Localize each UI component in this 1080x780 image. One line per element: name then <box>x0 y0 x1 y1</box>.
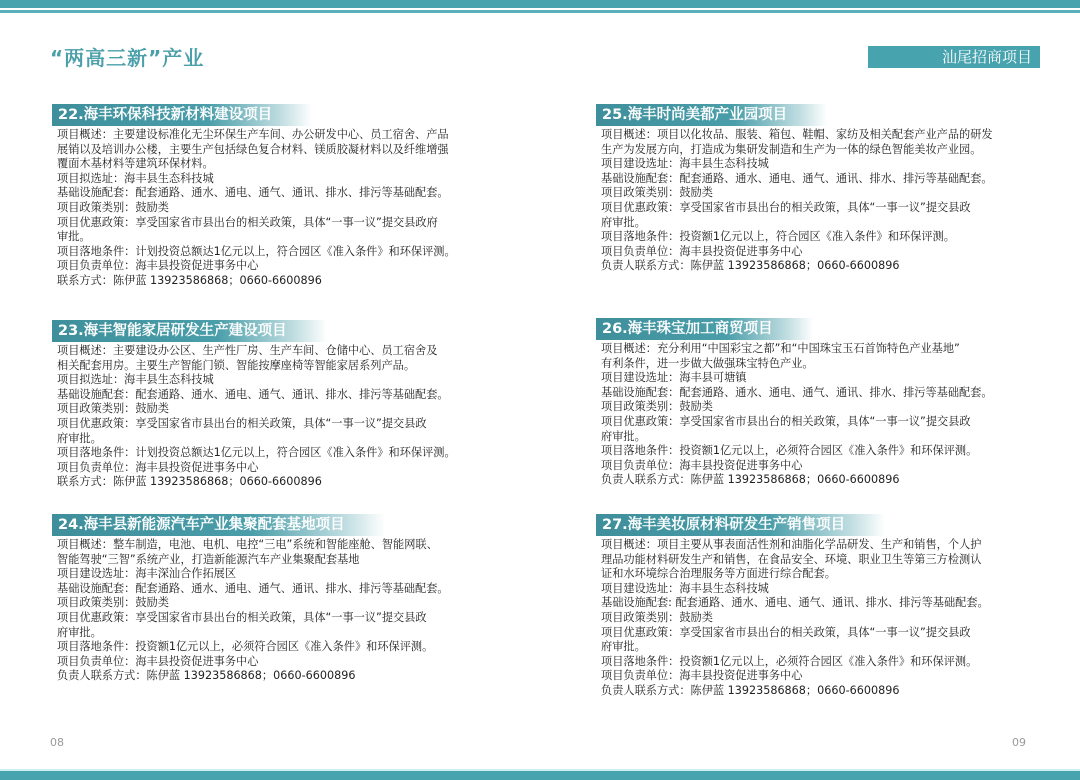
project-line: 项目概述：充分利用“中国彩宝之都”和“中国珠宝玉石首饰特色产业基地” <box>601 342 1056 357</box>
project-line: 项目负责单位：海丰县投资促进事务中心 <box>57 259 512 274</box>
project-line: 府审批。 <box>601 640 1056 655</box>
project-card-25: 25.海丰时尚美都产业园项目 项目概述：项目以化妆品、服装、箱包、鞋帽、家纺及相… <box>596 104 1056 274</box>
project-line: 项目落地条件：投资额1亿元以上，必须符合园区《准入条件》和环保评测。 <box>601 444 1056 459</box>
top-decor-band <box>0 0 1080 8</box>
project-title: 24.海丰县新能源汽车产业集聚配套基地项目 <box>52 514 385 536</box>
project-line: 基础设施配套：配套通路、通水、通电、通气、通讯、排水、排污等基础配套。 <box>57 388 512 403</box>
project-title: 23.海丰智能家居研发生产建设项目 <box>52 320 327 342</box>
project-contact: 负责人联系方式：陈伊蓝 13923586868；0660-6600896 <box>601 684 1056 699</box>
project-line: 理品功能材料研发生产和销售，在食品安全、环境、职业卫生等第三方检测认 <box>601 553 1056 568</box>
project-line: 项目落地条件：投资额1亿元以上，必须符合园区《准入条件》和环保评测。 <box>57 640 512 655</box>
project-line: 项目政策类别：鼓励类 <box>57 201 512 216</box>
bottom-decor-band <box>0 771 1080 780</box>
top-decor-line <box>0 10 1080 13</box>
project-line: 项目负责单位：海丰县投资促进事务中心 <box>601 669 1056 684</box>
project-line: 项目负责单位：海丰县投资促进事务中心 <box>601 245 1056 260</box>
project-line: 生产为发展方向，打造成为集研发制造和生产为一体的绿色智能美妆产业园。 <box>601 143 1056 158</box>
project-line: 有利条件，进一步做大做强珠宝特色产业。 <box>601 357 1056 372</box>
project-card-26: 26.海丰珠宝加工商贸项目 项目概述：充分利用“中国彩宝之都”和“中国珠宝玉石首… <box>596 318 1056 488</box>
project-line: 项目概述：项目以化妆品、服装、箱包、鞋帽、家纺及相关配套产业产品的研发 <box>601 128 1056 143</box>
project-line: 基础设施配套：配套通路、通水、通电、通气、通讯、排水、排污等基础配套。 <box>57 186 512 201</box>
project-line: 项目优惠政策：享受国家省市县出台的相关政策，具体“一事一议”提交县政府 <box>57 216 512 231</box>
project-line: 项目落地条件：投资额1亿元以上，必须符合园区《准入条件》和环保评测。 <box>601 655 1056 670</box>
project-body: 项目概述：整车制造，电池、电机、电控“三电”系统和智能座舱、智能网联、 智能驾驶… <box>52 538 512 684</box>
project-line: 项目政策类别：鼓励类 <box>601 611 1056 626</box>
project-body: 项目概述：项目主要从事表面活性剂和油脂化学品研发、生产和销售，个人护 理品功能材… <box>596 538 1056 699</box>
brand-tag: 汕尾招商项目 <box>868 46 1040 68</box>
project-contact: 联系方式：陈伊蓝 13923586868；0660-6600896 <box>57 274 512 289</box>
project-line: 相关配套用房。主要生产智能门锁、智能按摩座椅等智能家居系列产品。 <box>57 359 512 374</box>
project-contact: 负责人联系方式：陈伊蓝 13923586868；0660-6600896 <box>601 473 1056 488</box>
project-line: 府审批。 <box>601 430 1056 445</box>
project-line: 项目概述：主要建设标准化无尘环保生产车间、办公研发中心、员工宿舍、产品 <box>57 128 512 143</box>
project-line: 项目落地条件：计划投资总额达1亿元以上，符合园区《准入条件》和环保评测。 <box>57 245 512 260</box>
project-line: 项目政策类别：鼓励类 <box>601 400 1056 415</box>
project-title: 22.海丰环保科技新材料建设项目 <box>52 104 312 126</box>
project-line: 项目优惠政策：享受国家省市县出台的相关政策，具体“一事一议”提交县政 <box>601 201 1056 216</box>
project-title: 26.海丰珠宝加工商贸项目 <box>596 318 813 340</box>
project-line: 项目落地条件：计划投资总额达1亿元以上，符合园区《准入条件》和环保评测。 <box>57 446 512 461</box>
page-number-right: 09 <box>1012 736 1026 749</box>
project-line: 基础设施配套：配套通路、通水、通电、通气、通讯、排水、排污等基础配套。 <box>601 172 1056 187</box>
project-line: 项目优惠政策：享受国家省市县出台的相关政策，具体“一事一议”提交县政 <box>601 626 1056 641</box>
project-line: 项目建设选址：海丰县生态科技城 <box>601 582 1056 597</box>
project-line: 展销以及培训办公楼，主要生产包括绿色复合材料、镁质胶凝材料以及纤维增强 <box>57 143 512 158</box>
project-line: 项目优惠政策：享受国家省市县出台的相关政策，具体“一事一议”提交县政 <box>57 611 512 626</box>
project-card-22: 22.海丰环保科技新材料建设项目 项目概述：主要建设标准化无尘环保生产车间、办公… <box>52 104 512 289</box>
project-line: 基础设施配套: 配套通路、通水、通电、通气、通讯、排水、排污等基础配套。 <box>601 596 1056 611</box>
project-line: 项目拟选址：海丰县生态科技城 <box>57 172 512 187</box>
project-line: 项目政策类别：鼓励类 <box>57 402 512 417</box>
project-contact: 联系方式：陈伊蓝 13923586868；0660-6600896 <box>57 475 512 490</box>
project-contact: 负责人联系方式：陈伊蓝 13923586868；0660-6600896 <box>601 259 1056 274</box>
project-card-23: 23.海丰智能家居研发生产建设项目 项目概述：主要建设办公区、生产性厂房、生产车… <box>52 320 512 490</box>
project-line: 项目概述：项目主要从事表面活性剂和油脂化学品研发、生产和销售，个人护 <box>601 538 1056 553</box>
project-line: 府审批。 <box>57 432 512 447</box>
project-line: 项目落地条件：投资额1亿元以上，符合园区《准入条件》和环保评测。 <box>601 230 1056 245</box>
project-line: 基础设施配套：配套通路、通水、通电、通气、通讯、排水、排污等基础配套。 <box>57 582 512 597</box>
project-line: 项目概述：主要建设办公区、生产性厂房、生产车间、仓储中心、员工宿舍及 <box>57 344 512 359</box>
project-line: 智能驾驶“三智”系统产业，打造新能源汽车产业集聚配套基地 <box>57 553 512 568</box>
project-body: 项目概述：主要建设标准化无尘环保生产车间、办公研发中心、员工宿舍、产品 展销以及… <box>52 128 512 289</box>
project-line: 证和水环境综合治理服务等方面进行综合配套。 <box>601 567 1056 582</box>
project-line: 基础设施配套：配套通路、通水、通电、通气、通讯、排水、排污等基础配套。 <box>601 386 1056 401</box>
project-line: 项目政策类别：鼓励类 <box>601 186 1056 201</box>
project-line: 审批。 <box>57 230 512 245</box>
project-card-27: 27.海丰美妆原材料研发生产销售项目 项目概述：项目主要从事表面活性剂和油脂化学… <box>596 514 1056 699</box>
project-line: 项目拟选址：海丰县生态科技城 <box>57 373 512 388</box>
project-line: 项目优惠政策：享受国家省市县出台的相关政策，具体“一事一议”提交县政 <box>601 415 1056 430</box>
project-line: 项目建设选址：海丰县可塘镇 <box>601 371 1056 386</box>
project-line: 项目建设选址：海丰深汕合作拓展区 <box>57 567 512 582</box>
project-line: 府审批。 <box>57 626 512 641</box>
project-line: 项目负责单位：海丰县投资促进事务中心 <box>601 459 1056 474</box>
project-line: 覆面木基材料等建筑环保材料。 <box>57 157 512 172</box>
project-line: 项目负责单位：海丰县投资促进事务中心 <box>57 655 512 670</box>
project-title: 25.海丰时尚美都产业园项目 <box>596 104 827 126</box>
project-line: 项目优惠政策：享受国家省市县出台的相关政策，具体“一事一议”提交县政 <box>57 417 512 432</box>
project-body: 项目概述：充分利用“中国彩宝之都”和“中国珠宝玉石首饰特色产业基地” 有利条件，… <box>596 342 1056 488</box>
project-title: 27.海丰美妆原材料研发生产销售项目 <box>596 514 885 536</box>
project-body: 项目概述：项目以化妆品、服装、箱包、鞋帽、家纺及相关配套产业产品的研发 生产为发… <box>596 128 1056 274</box>
project-body: 项目概述：主要建设办公区、生产性厂房、生产车间、仓储中心、员工宿舍及 相关配套用… <box>52 344 512 490</box>
project-line: 项目政策类别：鼓励类 <box>57 596 512 611</box>
project-line: 项目负责单位：海丰县投资促进事务中心 <box>57 461 512 476</box>
project-line: 项目概述：整车制造，电池、电机、电控“三电”系统和智能座舱、智能网联、 <box>57 538 512 553</box>
project-line: 府审批。 <box>601 216 1056 231</box>
section-title: “两高三新”产业 <box>50 42 204 71</box>
project-line: 项目建设选址：海丰县生态科技城 <box>601 157 1056 172</box>
project-contact: 负责人联系方式：陈伊蓝 13923586868；0660-6600896 <box>57 669 512 684</box>
page-number-left: 08 <box>50 736 64 749</box>
project-card-24: 24.海丰县新能源汽车产业集聚配套基地项目 项目概述：整车制造，电池、电机、电控… <box>52 514 512 684</box>
